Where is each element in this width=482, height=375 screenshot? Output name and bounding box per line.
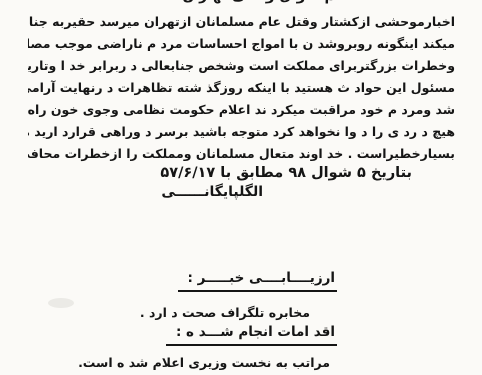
telegram-line-2: میکند اینگونه روبروشد ن با امواج احساسات… xyxy=(28,33,455,55)
scanned-telegram-document: ـــم ـــوـل ولـــی تهـران اخبارموحشی ازک… xyxy=(0,0,482,375)
telegram-line-5: شد ومرد م خود مراقبت میکرد ند اعلام حکوم… xyxy=(28,99,455,121)
cropped-top-line-text: ـــم ـــوـل ولـــی تهـران xyxy=(180,0,350,4)
telegram-signature: الگلپایگانــــــی xyxy=(161,184,263,200)
telegram-line-6: هیچ د رد ی را د وا نخواهد کرد متوجه باشی… xyxy=(28,121,455,143)
telegram-line-4: مسئول این حواد ث هستید با اینکه روزگذ شت… xyxy=(28,77,455,99)
telegram-line-7: بسیارخطیراست . خد اوند متعال مسلمانان وم… xyxy=(28,143,455,165)
actions-taken-section-label: اقد امات انجام شـــد ه : xyxy=(166,324,337,346)
scan-smudge xyxy=(48,298,74,308)
evaluation-text: مخابره تلگراف صحت د ارد . xyxy=(140,305,310,320)
telegram-line-1: اخبارموحشی ازکشتار وقتل عام مسلمانان ازت… xyxy=(28,11,455,33)
actions-taken-text: مراتب به نخست وزیری اعلام شد ه است. xyxy=(78,355,330,370)
telegram-body: اخبارموحشی ازکشتار وقتل عام مسلمانان ازت… xyxy=(28,11,455,165)
telegram-date: بتاریخ ۵ شوال ۹۸ مطابق با ۵۷/۶/۱۷ xyxy=(160,165,412,181)
evaluation-section-label: ارزیــــابــــی خبـــــر : xyxy=(178,270,337,292)
cropped-top-line: ـــم ـــوـل ولـــی تهـران xyxy=(180,0,350,9)
telegram-line-3: وخطرات بزرگتربرای مملکت است وشخص جنابعال… xyxy=(28,55,455,77)
